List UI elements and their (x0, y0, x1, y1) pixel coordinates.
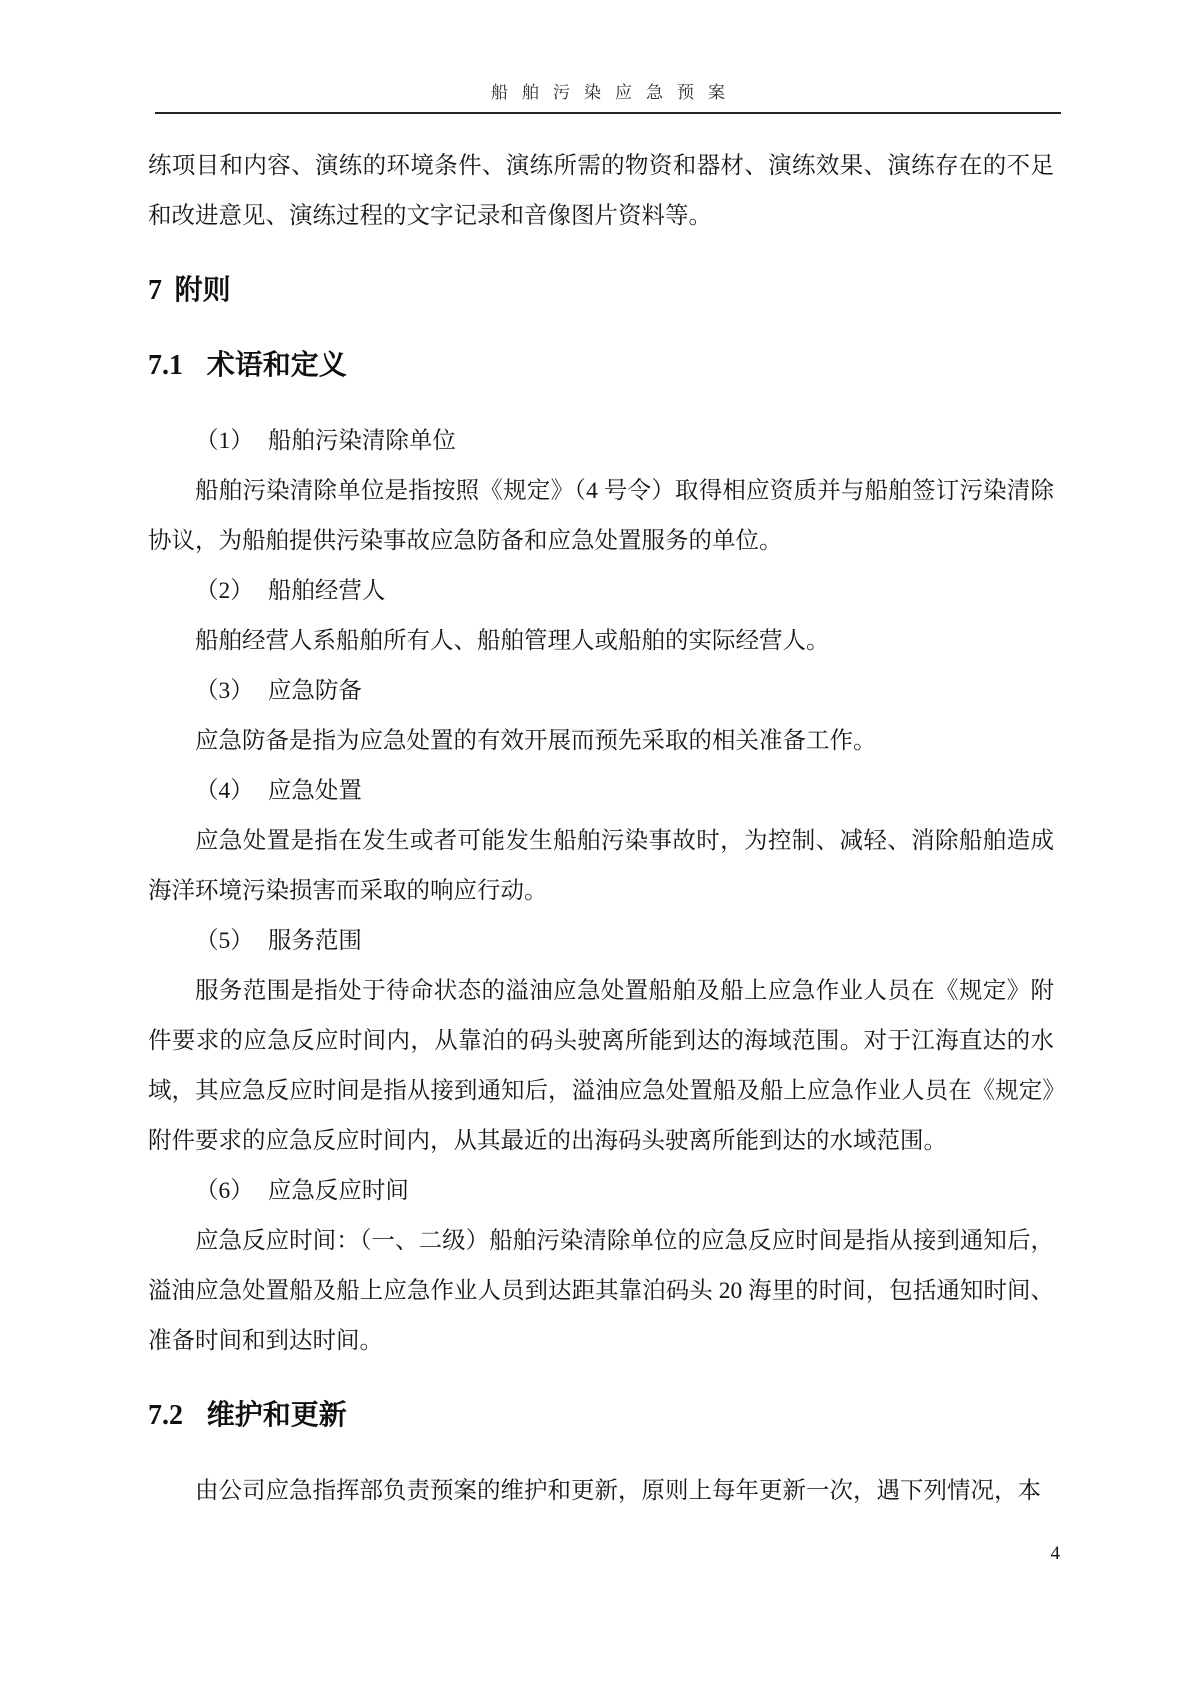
term-1-definition: 船舶污染清除单位是指按照《规定》（4 号令）取得相应资质并与船舶签订污染清除协议… (148, 466, 1054, 566)
term-5-label: （5） (195, 928, 254, 954)
terms-list: （1）船舶污染清除单位 船舶污染清除单位是指按照《规定》（4 号令）取得相应资质… (148, 416, 1054, 1366)
term-6-name: 应急反应时间 (268, 1178, 409, 1204)
term-3-definition: 应急防备是指为应急处置的有效开展而预先采取的相关准备工作。 (148, 716, 1054, 766)
section-7-1-heading: 7.1术语和定义 (148, 341, 1054, 391)
term-5-name: 服务范围 (268, 928, 362, 954)
term-label-line: （6）应急反应时间 (148, 1166, 1054, 1216)
term-4-label: （4） (195, 778, 254, 804)
header-title: 船舶污染应急预案 (477, 78, 739, 103)
term-1-name: 船舶污染清除单位 (268, 428, 456, 454)
section-7-2-title: 维护和更新 (207, 1400, 347, 1431)
section-7-heading: 7附则 (148, 266, 1054, 316)
section-7-2-number: 7.2 (148, 1400, 183, 1431)
page-header: 船舶污染应急预案 (155, 78, 1061, 114)
page-number: 4 (1051, 1540, 1061, 1568)
term-label-line: （4）应急处置 (148, 766, 1054, 816)
continuation-paragraph: 练项目和内容、演练的环境条件、演练所需的物资和器材、演练效果、演练存在的不足和改… (148, 141, 1054, 241)
term-4-name: 应急处置 (268, 778, 362, 804)
section-7-title: 附则 (175, 275, 231, 306)
term-5-definition: 服务范围是指处于待命状态的溢油应急处置船舶及船上应急作业人员在《规定》附件要求的… (148, 966, 1054, 1166)
document-page: 船舶污染应急预案 练项目和内容、演练的环境条件、演练所需的物资和器材、演练效果、… (0, 0, 1191, 1684)
section-7-1-number: 7.1 (148, 350, 183, 381)
term-6-definition: 应急反应时间：（一、二级）船舶污染清除单位的应急反应时间是指从接到通知后，溢油应… (148, 1216, 1054, 1366)
term-label-line: （2）船舶经营人 (148, 566, 1054, 616)
section-7-2-heading: 7.2维护和更新 (148, 1391, 1054, 1441)
document-body: 练项目和内容、演练的环境条件、演练所需的物资和器材、演练效果、演练存在的不足和改… (148, 141, 1054, 1516)
term-label-line: （1）船舶污染清除单位 (148, 416, 1054, 466)
term-3-name: 应急防备 (268, 678, 362, 704)
term-2-label: （2） (195, 578, 254, 604)
term-4-definition: 应急处置是指在发生或者可能发生船舶污染事故时，为控制、减轻、消除船舶造成海洋环境… (148, 816, 1054, 916)
section-7-1-title: 术语和定义 (207, 350, 347, 381)
section-7-number: 7 (148, 275, 162, 306)
term-label-line: （3）应急防备 (148, 666, 1054, 716)
term-6-label: （6） (195, 1178, 254, 1204)
term-1-label: （1） (195, 428, 254, 454)
maintenance-paragraph: 由公司应急指挥部负责预案的维护和更新，原则上每年更新一次，遇下列情况，本 (148, 1466, 1054, 1516)
term-2-name: 船舶经营人 (268, 578, 386, 604)
term-3-label: （3） (195, 678, 254, 704)
term-label-line: （5）服务范围 (148, 916, 1054, 966)
term-2-definition: 船舶经营人系船舶所有人、船舶管理人或船舶的实际经营人。 (148, 616, 1054, 666)
